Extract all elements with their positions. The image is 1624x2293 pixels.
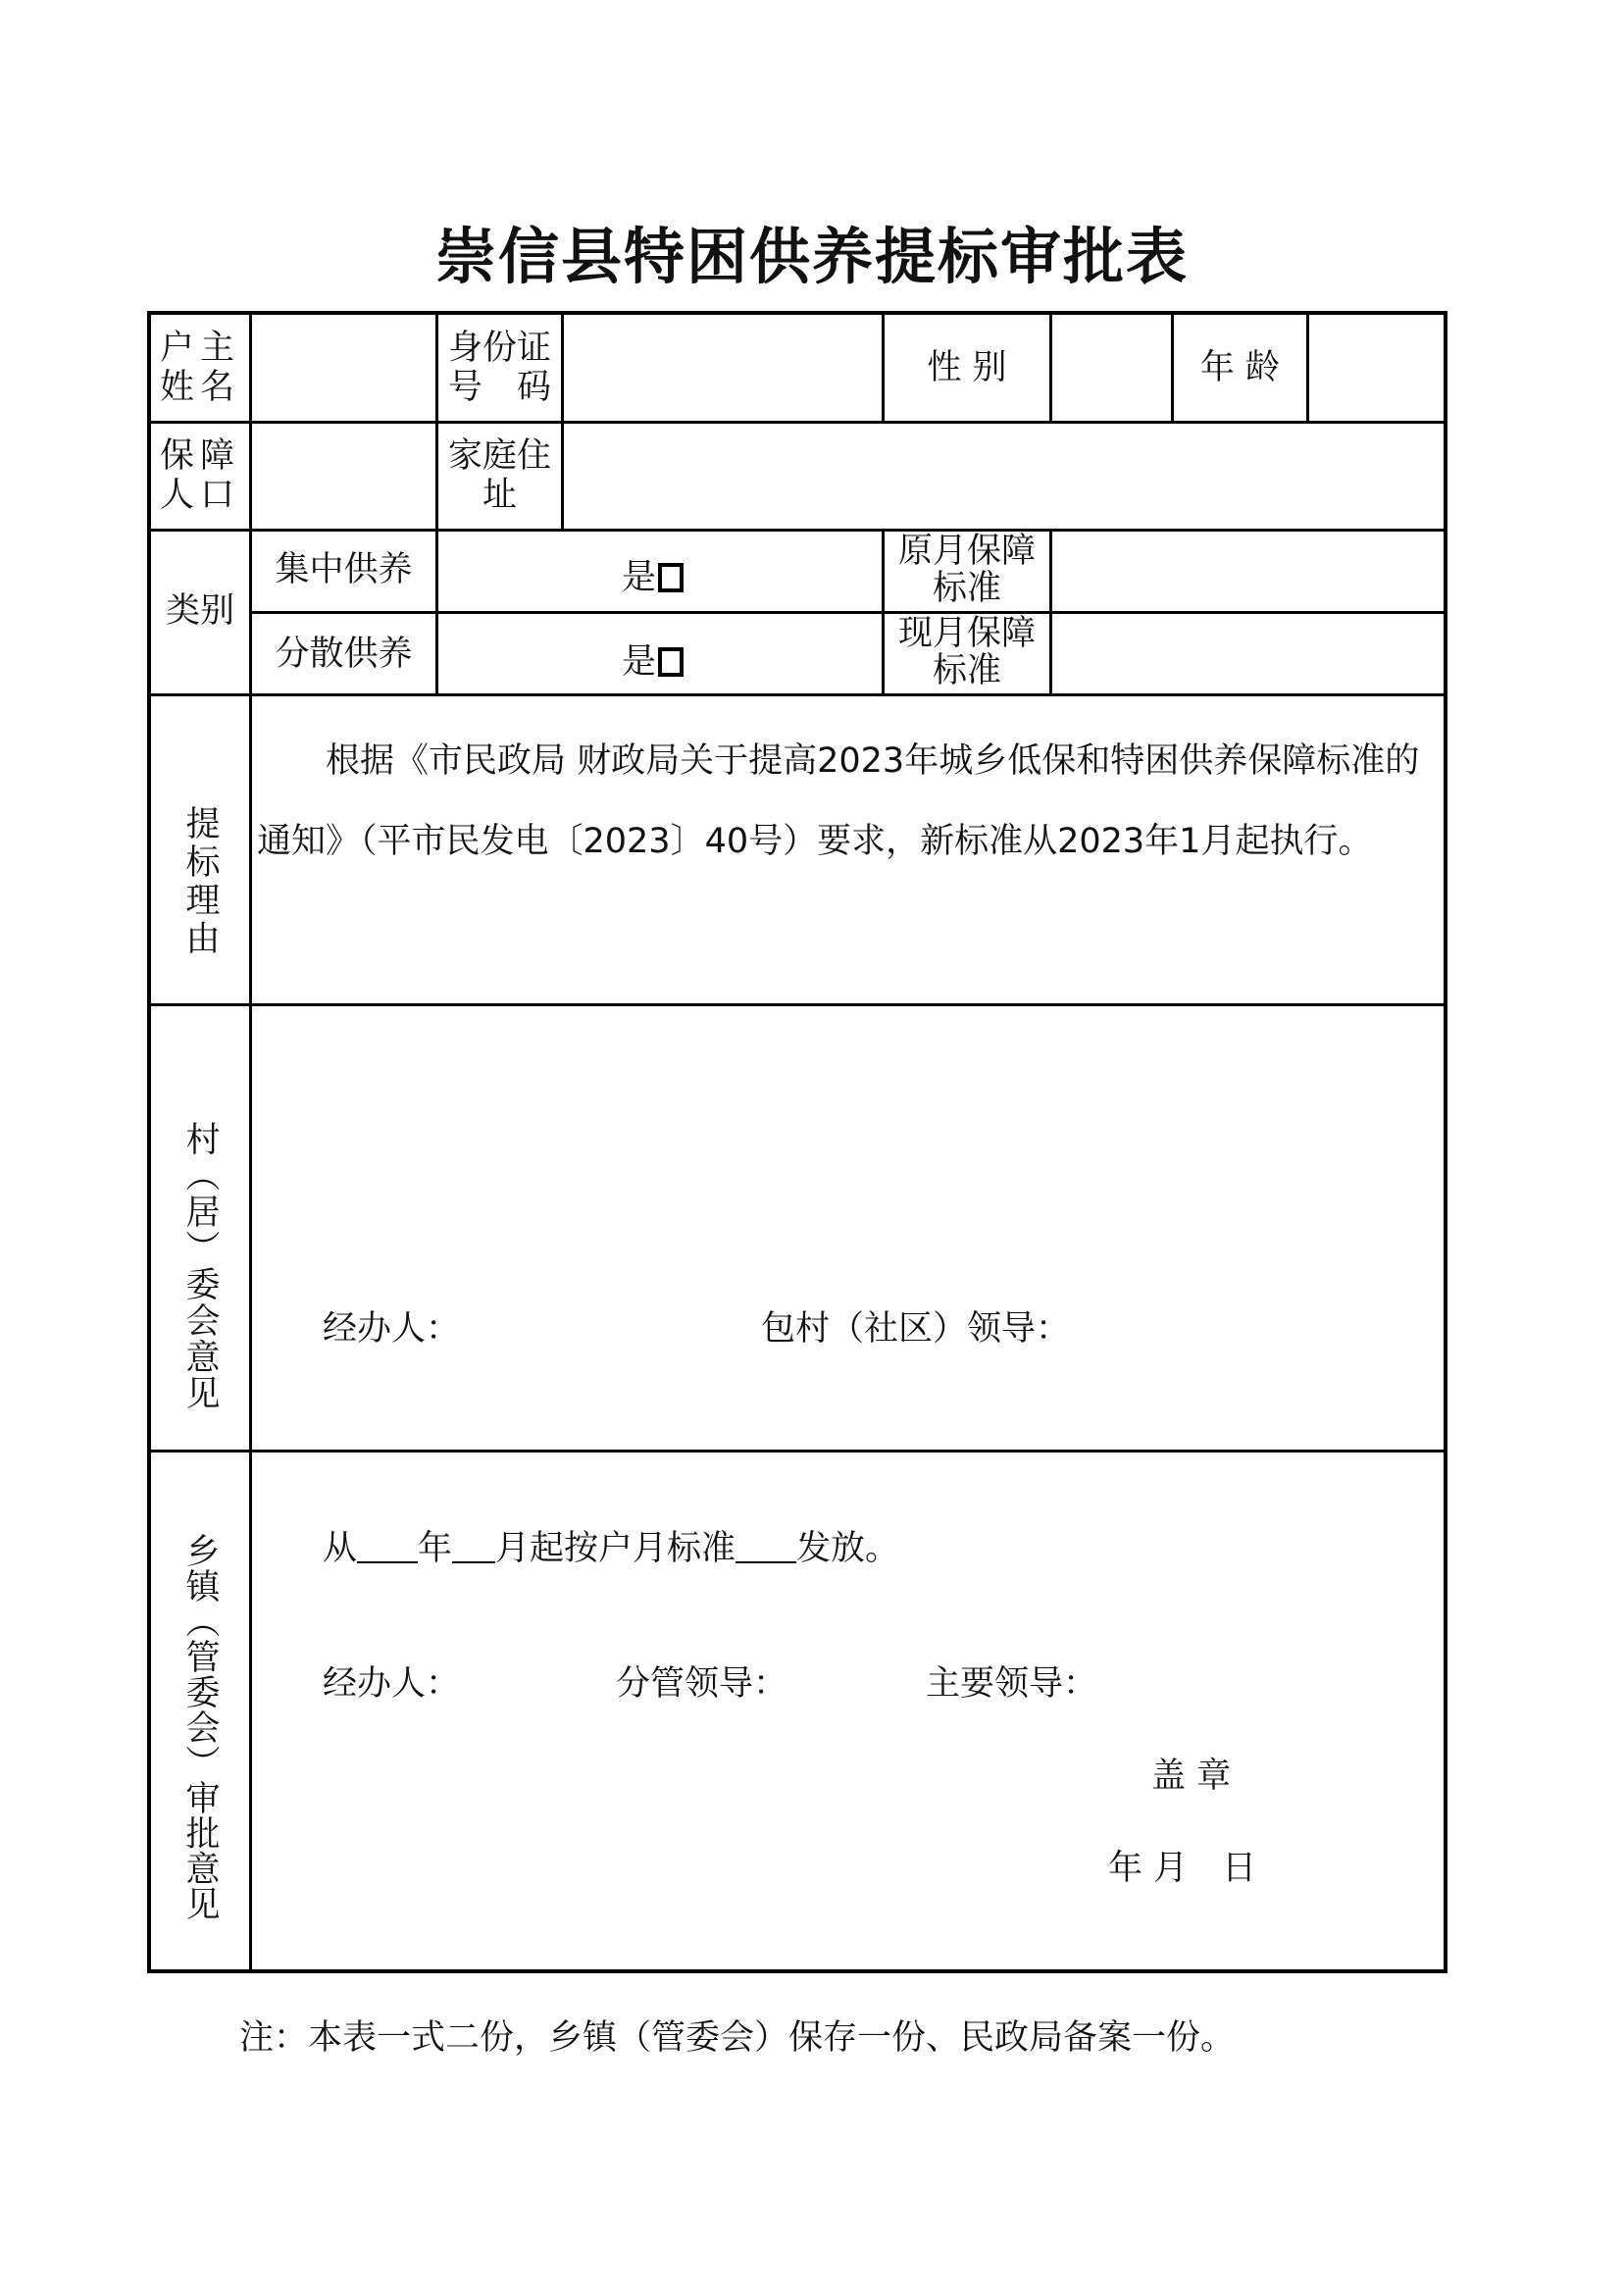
original-standard-label-line2: 标准	[885, 570, 1049, 607]
category-label: 类别	[151, 591, 249, 631]
age-field[interactable]	[1309, 315, 1444, 421]
issue-suffix: 发放。	[796, 1529, 899, 1568]
row-divider	[151, 1450, 1444, 1452]
approval-form-table: 户主姓名 身份证 号 码 性 别 年 龄 保障人口 家庭住 址 类别 集中供养 …	[147, 311, 1447, 1973]
current-standard-label-line2: 标准	[885, 652, 1049, 689]
address-field[interactable]	[564, 424, 1444, 529]
id-number-label-line2: 号 码	[438, 368, 561, 407]
issue-month-text: 月起按户月标准	[495, 1529, 736, 1568]
reason-text: 根据《市民政局 财政局关于提高2023年城乡低保和特困供养保障标准的通知》（平市…	[257, 721, 1446, 882]
original-standard-field[interactable]	[1052, 532, 1444, 611]
id-number-label-line1: 身份证	[438, 329, 561, 368]
dispersed-yes-text: 是	[622, 642, 656, 682]
issue-month-input[interactable]	[452, 1532, 495, 1563]
village-handler-label: 经办人：	[323, 1301, 460, 1350]
address-label-line1: 家庭住	[438, 436, 561, 476]
township-opinion-label: 乡镇（管委会）审批意见	[178, 1511, 222, 1943]
insured-persons-field[interactable]	[252, 424, 435, 529]
form-title: 崇信县特困供养提标审批表	[0, 208, 1624, 295]
row-divider	[151, 693, 1444, 696]
insured-persons-label: 保障人口	[157, 436, 243, 515]
age-label: 年 龄	[1174, 348, 1306, 387]
seal-label: 盖 章	[1151, 1749, 1231, 1798]
checkbox-icon[interactable]	[658, 647, 684, 677]
id-number-field[interactable]	[564, 315, 882, 421]
centralized-support-label: 集中供养	[252, 550, 435, 589]
original-standard-label-line1: 原月保障	[885, 533, 1049, 570]
current-standard-label: 现月保障 标准	[885, 615, 1049, 689]
address-label: 家庭住 址	[438, 436, 561, 515]
footnote: 注：本表一式二份，乡镇（管委会）保存一份、民政局备案一份。	[239, 2011, 1235, 2060]
household-head-name-field[interactable]	[252, 315, 435, 421]
issue-year-text: 年	[418, 1529, 452, 1568]
centralized-support-check[interactable]: 是	[622, 550, 684, 599]
centralized-yes-text: 是	[622, 558, 656, 597]
issue-amount-input[interactable]	[736, 1532, 796, 1563]
issue-year-input[interactable]	[357, 1532, 418, 1563]
reason-label: 提标理由	[178, 784, 222, 980]
col-divider	[435, 529, 438, 693]
village-leader-label: 包村（社区）领导：	[761, 1301, 1070, 1350]
dispersed-support-label: 分散供养	[252, 635, 435, 674]
current-standard-label-line1: 现月保障	[885, 615, 1049, 652]
village-opinion-label: 村（居）委会意见	[178, 1090, 222, 1443]
gender-field[interactable]	[1052, 315, 1171, 421]
township-handler-label: 经办人：	[323, 1656, 460, 1706]
deputy-leader-label: 分管领导：	[616, 1656, 787, 1706]
issue-statement: 从年月起按户月标准发放。	[323, 1521, 899, 1570]
chief-leader-label: 主要领导：	[926, 1656, 1097, 1706]
issue-prefix: 从	[323, 1529, 357, 1568]
household-head-name-label: 户主姓名	[157, 329, 243, 407]
address-label-line2: 址	[438, 476, 561, 515]
original-standard-label: 原月保障 标准	[885, 533, 1049, 607]
id-number-label: 身份证 号 码	[438, 329, 561, 407]
checkbox-icon[interactable]	[658, 563, 684, 592]
dispersed-support-check[interactable]: 是	[622, 635, 684, 684]
row-divider	[151, 1003, 1444, 1006]
current-standard-field[interactable]	[1052, 614, 1444, 693]
date-label: 年 月 日	[1108, 1841, 1256, 1890]
gender-label: 性 别	[885, 348, 1049, 387]
